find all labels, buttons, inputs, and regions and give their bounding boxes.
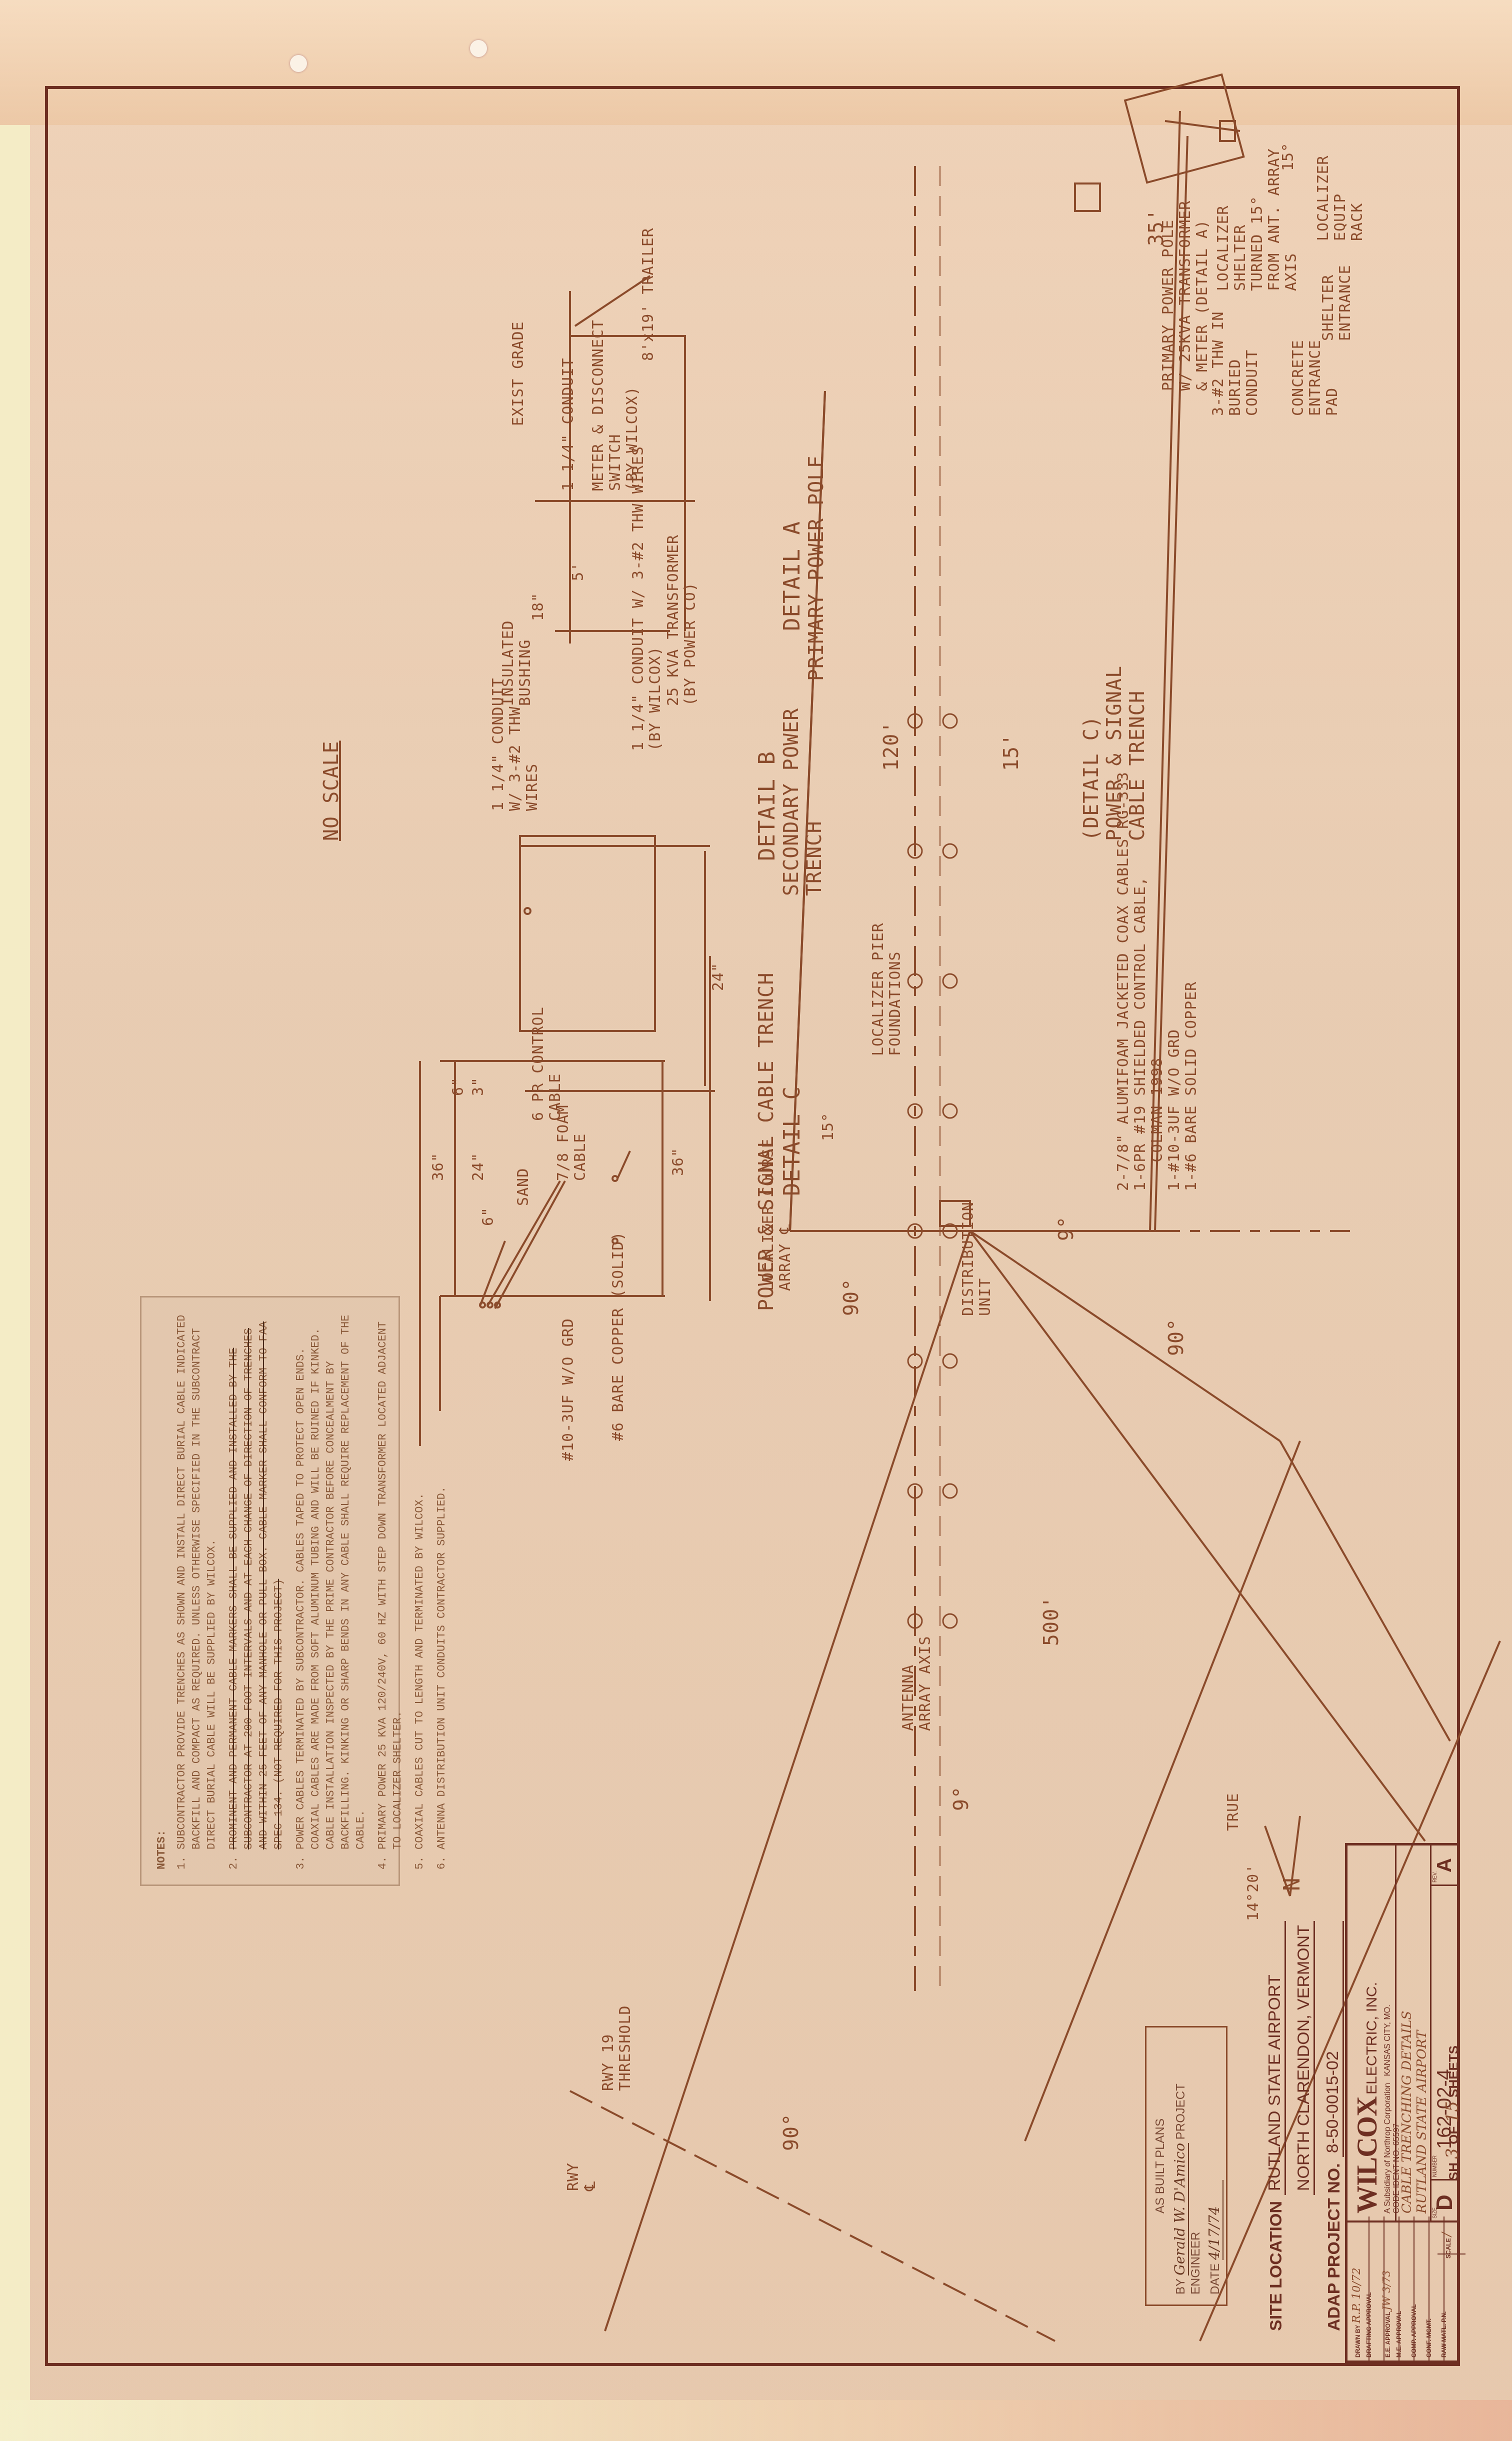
dim-36: 36": [430, 1152, 447, 1181]
angle-90-right: 90°: [1165, 1318, 1188, 1356]
sheet-number: 3: [1442, 2148, 1462, 2159]
notes-heading: NOTES:: [154, 1312, 169, 1869]
distance-label: 5': [570, 562, 587, 581]
drawing-title-line1: CABLE TRENCHING DETAILS: [1399, 1851, 1414, 2213]
date-label: DATE: [1208, 2263, 1222, 2294]
note-text: COAXIAL CABLES CUT TO LENGTH AND TERMINA…: [412, 1493, 427, 1849]
note-item: 6.ANTENNA DISTRIBUTION UNIT CONDUITS CON…: [434, 1312, 449, 1869]
drawn-by-label: DRAWN BY: [1354, 2325, 1361, 2357]
sand-label: SAND: [515, 1168, 532, 1206]
dim-24: 24": [470, 1152, 487, 1181]
foam-cable-label: 7/8 FOAM CABLE: [555, 1105, 589, 1181]
conduit-wires-label: 1 1/4" CONDUIT W/ 3-#2 THW WIRES (BY WIL…: [630, 446, 664, 751]
shelter-entrance-label: SHELTER ENTRANCE: [1320, 265, 1354, 341]
dim-3: 3": [470, 1077, 487, 1096]
antenna-axis-label: ANTENNA ARRAY AXIS: [900, 1635, 934, 1731]
transformer-label: 25 KVA TRANSFORMER (BY POWER CO): [665, 534, 699, 706]
raw-matl-label: RAW MATL. P.N.: [1437, 2253, 1465, 2360]
primary-pole-label: PRIMARY POWER POLE W/ 25KVA TRANSFORMER …: [1160, 200, 1211, 391]
detail-b-conduit-label: 1 1/4" CONDUIT W/ 3-#2 THW WIRES: [490, 677, 541, 811]
site-location-line2: NORTH CLARENDON, VERMONT: [1294, 1921, 1315, 2195]
note-item: 2.PROMINENT AND PERMANENT CABLE MARKERS …: [226, 1312, 286, 1869]
site-location-label: SITE LOCATION: [1266, 2201, 1286, 2331]
depth-label: 18": [530, 592, 547, 621]
note-item: 3.POWER CABLES TERMINATED BY SUBCONTRACT…: [293, 1312, 368, 1869]
concrete-pad-label: CONCRETE ENTRANCE PAD: [1290, 340, 1341, 416]
north-arrow-label: N: [1280, 1877, 1305, 1891]
as-built-date: 4/17/74: [1206, 2180, 1223, 2260]
sheet-suffix: SHEETS: [1446, 2045, 1461, 2097]
site-location-line1: RUTLAND STATE AIRPORT: [1265, 1921, 1286, 2195]
detail-b-width: 24": [710, 962, 727, 991]
threshold-label: RWY 19 THRESHOLD: [600, 2005, 634, 2091]
title-block: DRAWN BY R.P. 10/72 DRAFTING APPROVAL E.…: [1345, 1843, 1460, 2363]
company-name: WILCOX: [1352, 2096, 1383, 2213]
control-cable-label: 6 PR CONTROL CABLE: [530, 1006, 564, 1121]
subsidiary-line: A Subsidiary of Northrop Corporation: [1383, 2083, 1392, 2213]
cable-list: 2-7/8" ALUMIFOAM JACKETED COAX CABLES RG…: [1115, 771, 1200, 1191]
project-no-label: ADAP PROJECT NO.: [1324, 2163, 1344, 2331]
ee-approval-label: E.E. APPROVAL: [1384, 2312, 1391, 2357]
scale-value: /: [1439, 2232, 1453, 2236]
shelter-angle: 15°: [1280, 142, 1297, 171]
dist-15: 15': [1000, 733, 1023, 771]
copper-label: #6 BARE COPPER (SOLID): [610, 1231, 627, 1441]
company-city: KANSAS CITY, MO.: [1383, 2004, 1392, 2076]
dim-6b: 6": [480, 1207, 497, 1226]
piers-label: LOCALIZER PIER FOUNDATIONS: [870, 922, 904, 1056]
uf-label: #10-3UF W/O GRD: [560, 1318, 577, 1461]
dist-120: 120': [880, 721, 903, 771]
equip-rack-label: LOCALIZER EQUIP RACK: [1315, 155, 1366, 241]
size-value: D: [1432, 2194, 1457, 2210]
drawn-by-value: R.P. 10/72: [1350, 2267, 1363, 2323]
detail-b-title: DETAIL B: [755, 751, 780, 861]
buried-conduit-label: 3-#2 THW IN BURIED CONDUIT: [1210, 311, 1261, 416]
by-label: BY: [1174, 2278, 1187, 2294]
no-scale-label: NO SCALE: [320, 740, 343, 841]
rev-label: REV.: [1432, 1871, 1438, 1882]
dim-6: 6": [450, 1077, 467, 1096]
angle-90-left: 90°: [840, 1278, 863, 1316]
detail-a-subtitle: PRIMARY POWER POLE: [805, 455, 828, 681]
note-text: PRIMARY POWER 25 KVA 120/240V, 60 HZ WIT…: [375, 1312, 405, 1849]
sheet-total: 15: [1442, 2101, 1462, 2122]
company-suffix: ELECTRIC, INC.: [1363, 1982, 1380, 2094]
project-no-value: 8-50-0015-02: [1323, 1921, 1344, 2157]
grade-label: EXIST GRADE: [510, 321, 527, 426]
engineer-signature: Gerald W. D'Amico: [1171, 2143, 1189, 2275]
angle-9-top: 9°: [1055, 1216, 1078, 1241]
dist-500: 500': [1040, 1596, 1063, 1646]
angle-15: 15°: [820, 1112, 837, 1141]
trailer-label: 8'x19' TRAILER: [640, 227, 657, 361]
runway-centerline-label: RWY ℄: [565, 2162, 599, 2191]
true-north-label: TRUE: [1225, 1793, 1242, 1831]
sheet-of: OF: [1446, 2126, 1461, 2144]
sheet-prefix: SH: [1446, 2162, 1461, 2180]
detail-a-title: DETAIL A: [780, 521, 805, 631]
angle-90-bottom: 90°: [780, 2113, 803, 2151]
conduit-label: 1 1/4" CONDUIT: [560, 357, 577, 491]
rev-value: A: [1433, 1858, 1456, 1872]
drawing-title-line2: RUTLAND STATE AIRPORT: [1414, 1851, 1429, 2213]
ee-approval-value: JW 3/73: [1380, 2270, 1392, 2310]
scale-label: SCALE: [1445, 2238, 1452, 2258]
angle-9-bottom: 9°: [950, 1786, 973, 1811]
top-width-dim: 36": [670, 1147, 687, 1176]
number-label: NUMBER: [1432, 2155, 1438, 2177]
note-text: SUBCONTRACTOR PROVIDE TRENCHES AS SHOWN …: [174, 1312, 219, 1849]
site-info: SITE LOCATIONRUTLAND STATE AIRPORT SITE …: [1265, 1921, 1352, 2331]
drawing-sheet: DETAIL A PRIMARY POWER POLE 8'x19' TRAIL…: [0, 0, 1512, 2441]
course-label: LOCALIZER COURSE ARRAY ℄: [760, 1138, 794, 1291]
note-text-struck: PROMINENT AND PERMANENT CABLE MARKERS SH…: [226, 1312, 286, 1849]
detail-b-subtitle: SECONDARY POWER TRENCH: [780, 708, 826, 896]
note-text: POWER CABLES TERMINATED BY SUBCONTRACTOR…: [293, 1312, 368, 1849]
note-item: 4.PRIMARY POWER 25 KVA 120/240V, 60 HZ W…: [375, 1312, 405, 1869]
distribution-unit-label: DISTRIBUTION UNIT: [960, 1201, 994, 1316]
note-item: 1.SUBCONTRACTOR PROVIDE TRENCHES AS SHOW…: [174, 1312, 219, 1869]
note-item: 5.COAXIAL CABLES CUT TO LENGTH AND TERMI…: [412, 1312, 427, 1869]
as-built-title: AS BUILT PLANS: [1153, 2037, 1167, 2294]
sheet-count: SH 3 OF 15 SHEETS: [1442, 2045, 1462, 2180]
as-built-stamp: AS BUILT PLANS BY Gerald W. D'Amico PROJ…: [1145, 2026, 1227, 2306]
note-text: ANTENNA DISTRIBUTION UNIT CONDUITS CONTR…: [434, 1486, 449, 1849]
approvals-column: DRAWN BY R.P. 10/72 DRAFTING APPROVAL E.…: [1347, 2220, 1459, 2360]
notes-block: NOTES: 1.SUBCONTRACTOR PROVIDE TRENCHES …: [140, 1296, 400, 1886]
rotated-drawing-frame: DETAIL A PRIMARY POWER POLE 8'x19' TRAIL…: [0, 0, 1512, 2441]
declination-label: 14°20': [1245, 1864, 1262, 1921]
